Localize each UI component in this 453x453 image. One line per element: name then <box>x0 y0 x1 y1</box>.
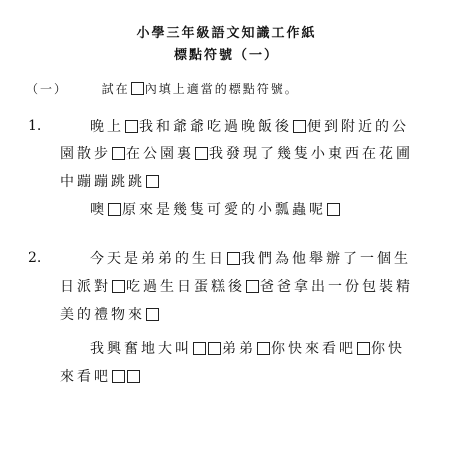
sentence-text: 在公園裏 <box>126 146 194 162</box>
punctuation-answer-box[interactable] <box>195 147 208 160</box>
punctuation-answer-box[interactable] <box>293 120 306 133</box>
instruction-text-post: 內填上適當的標點符號。 <box>145 82 299 96</box>
question-number: 2. <box>28 250 41 266</box>
punctuation-answer-box[interactable] <box>208 342 221 355</box>
section-label: （一） <box>26 82 68 96</box>
punctuation-answer-box[interactable] <box>112 280 125 293</box>
sentence-text: 美的禮物來 <box>60 307 145 323</box>
question-line: 來看吧 <box>60 368 141 386</box>
punctuation-answer-box[interactable] <box>127 370 140 383</box>
sentence-text: 園散步 <box>60 146 111 162</box>
punctuation-answer-box[interactable] <box>246 280 259 293</box>
question-line: 美的禮物來 <box>60 306 160 324</box>
punctuation-answer-box[interactable] <box>227 252 240 265</box>
punctuation-answer-box[interactable] <box>112 147 125 160</box>
sentence-text: 爸爸拿出一份包裝精 <box>260 279 413 295</box>
instruction-text-pre: 試在 <box>102 82 130 96</box>
sentence-text: 我發現了幾隻小東西在花圃 <box>209 146 413 162</box>
punctuation-answer-box[interactable] <box>257 342 270 355</box>
sentence-text: 我和爺爺吃過晚飯後 <box>139 119 292 135</box>
question-line: 今天是弟弟的生日我們為他舉辦了一個生 <box>90 250 411 268</box>
question-line: 我興奮地大叫弟弟你快來看吧你快 <box>90 340 405 358</box>
question-line: 日派對吃過生日蛋糕後爸爸拿出一份包裝精 <box>60 278 413 296</box>
question-line: 園散步在公園裏我發現了幾隻小東西在花圃 <box>60 145 413 163</box>
sentence-text: 你快 <box>371 341 405 357</box>
punctuation-answer-box[interactable] <box>193 342 206 355</box>
punctuation-answer-box[interactable] <box>125 120 138 133</box>
sentence-text: 今天是弟弟的生日 <box>90 251 226 267</box>
punctuation-answer-box[interactable] <box>112 370 125 383</box>
punctuation-answer-box[interactable] <box>327 203 340 216</box>
sentence-text: 日派對 <box>60 279 111 295</box>
sentence-text: 中蹦蹦跳跳 <box>60 174 145 190</box>
sentence-text: 我們為他舉辦了一個生 <box>241 251 411 267</box>
question-line: 晚上我和爺爺吃過晚飯後便到附近的公 <box>90 118 409 136</box>
example-box <box>131 82 144 95</box>
worksheet-title: 小學三年級語文知識工作紙 <box>0 22 453 41</box>
section-instruction: （一） 試在內填上適當的標點符號。 <box>26 80 299 98</box>
sentence-text: 噢 <box>90 202 107 218</box>
sentence-text: 便到附近的公 <box>307 119 409 135</box>
sentence-text: 來看吧 <box>60 369 111 385</box>
punctuation-answer-box[interactable] <box>108 203 121 216</box>
sentence-text: 你快來看吧 <box>271 341 356 357</box>
sentence-text: 吃過生日蛋糕後 <box>126 279 245 295</box>
question-line: 中蹦蹦跳跳 <box>60 173 160 191</box>
sentence-text: 我興奮地大叫 <box>90 341 192 357</box>
sentence-text: 弟弟 <box>222 341 256 357</box>
sentence-text: 原來是幾隻可愛的小瓢蟲呢 <box>122 202 326 218</box>
question-number: 1. <box>28 118 41 134</box>
punctuation-answer-box[interactable] <box>146 308 159 321</box>
punctuation-answer-box[interactable] <box>357 342 370 355</box>
sentence-text: 晚上 <box>90 119 124 135</box>
question-line: 噢原來是幾隻可愛的小瓢蟲呢 <box>90 201 341 219</box>
punctuation-answer-box[interactable] <box>146 175 159 188</box>
worksheet-subtitle: 標點符號（一） <box>0 44 453 63</box>
